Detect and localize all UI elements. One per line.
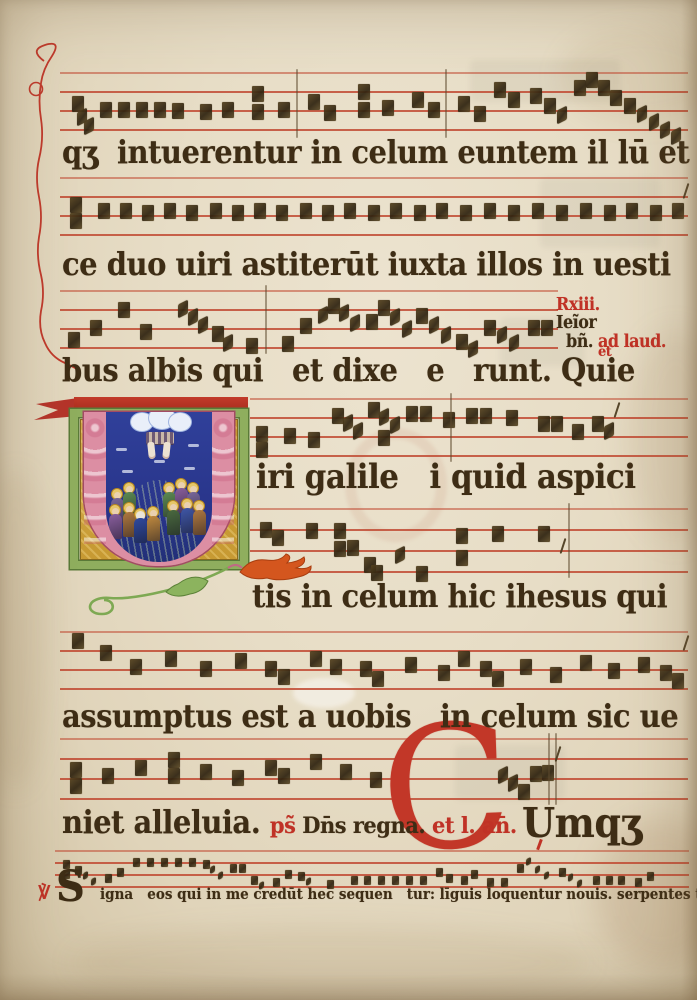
neume	[310, 651, 322, 667]
divider-bar	[445, 69, 447, 138]
neume	[300, 318, 312, 334]
ink-text: Ieĩor	[556, 312, 596, 333]
neume	[278, 102, 290, 118]
neume	[284, 428, 296, 444]
neume	[458, 96, 470, 112]
music-stave	[60, 631, 688, 690]
neume	[497, 326, 507, 345]
neume	[178, 300, 188, 319]
neume	[412, 92, 424, 108]
figure-robe	[167, 510, 180, 535]
neume	[276, 205, 288, 221]
neume	[230, 864, 237, 873]
neume	[232, 770, 244, 786]
christ-foot	[147, 442, 156, 460]
neume	[210, 203, 222, 219]
figure-robe	[193, 510, 206, 535]
neume	[358, 84, 370, 100]
ink-text: ce duo uiri astiterūt iuxta illos in ues…	[62, 246, 671, 283]
neume	[382, 100, 394, 116]
neume	[378, 300, 390, 316]
custos-tick	[614, 402, 621, 418]
neume	[420, 406, 432, 422]
apostle-figure	[146, 506, 161, 544]
neume	[310, 754, 322, 770]
neume	[395, 546, 405, 565]
music-stave	[60, 177, 688, 236]
neume	[436, 203, 448, 219]
neume	[556, 205, 568, 221]
stave-line	[60, 177, 688, 179]
divider-bar	[568, 503, 570, 578]
apostle-figure	[192, 500, 207, 538]
neume	[344, 203, 356, 219]
neume	[360, 661, 372, 677]
neume	[506, 410, 518, 426]
neume	[235, 653, 247, 669]
neume	[428, 102, 440, 118]
ink-text: iri galile i quid aspici	[256, 458, 636, 497]
neume	[402, 320, 412, 339]
neume	[189, 858, 196, 867]
neume	[318, 306, 328, 325]
neume	[390, 416, 400, 435]
signa-initial: S	[56, 861, 84, 912]
neume	[218, 871, 223, 880]
neume	[559, 868, 566, 877]
neume	[324, 105, 336, 121]
page-edge-shadow	[0, 974, 697, 1000]
music-stave	[60, 738, 688, 800]
neume	[200, 764, 212, 780]
neume	[456, 334, 468, 350]
neume	[260, 522, 272, 538]
neume	[285, 870, 292, 879]
neume	[133, 858, 140, 867]
chant-line-5: tis in celum hic ihesus qui	[252, 578, 667, 615]
neume	[574, 80, 586, 96]
ink-text: qʒ intuerentur in celum euntem il lū et	[62, 134, 689, 171]
neume	[200, 661, 212, 677]
neume	[353, 422, 363, 441]
neume	[278, 768, 290, 784]
neume	[458, 651, 470, 667]
neume	[147, 858, 154, 867]
neume	[484, 203, 496, 219]
neume	[638, 657, 650, 673]
neume	[136, 102, 148, 118]
neume	[343, 414, 353, 433]
divider-bar	[450, 393, 452, 462]
neume	[610, 90, 622, 106]
neume	[441, 326, 451, 345]
neume	[443, 412, 455, 428]
cloud-dash	[188, 444, 199, 447]
neume	[438, 665, 450, 681]
neume	[135, 760, 147, 776]
neume	[538, 416, 550, 432]
neume	[456, 528, 468, 544]
neume	[557, 106, 567, 125]
neume	[164, 203, 176, 219]
chant-line-6: assumptus est a uobis in celum sic ue	[62, 698, 678, 735]
neume	[604, 422, 614, 441]
neume	[460, 205, 472, 221]
cloud-dash	[122, 470, 133, 473]
neume	[368, 205, 380, 221]
neume	[70, 762, 82, 778]
ink-text: Umqʒ	[522, 798, 642, 847]
neume	[198, 316, 208, 335]
cloud-dash	[116, 448, 127, 451]
divider-bar	[555, 733, 557, 805]
neume	[358, 102, 370, 118]
margin-note-2: Ieĩor	[556, 312, 596, 333]
neume	[120, 203, 132, 219]
neume	[541, 320, 553, 336]
neume	[175, 858, 182, 867]
neume	[161, 858, 168, 867]
neume	[105, 874, 112, 883]
neume	[550, 667, 562, 683]
neume	[306, 523, 318, 539]
neume	[272, 530, 284, 546]
neume	[494, 82, 506, 98]
neume	[598, 80, 610, 96]
neume	[322, 205, 334, 221]
neume	[265, 760, 277, 776]
neume	[102, 768, 114, 784]
neume	[586, 72, 598, 88]
music-stave	[60, 72, 688, 131]
stave-line	[60, 347, 558, 349]
neume	[528, 320, 540, 336]
neume	[340, 764, 352, 780]
neume	[480, 661, 492, 677]
neume	[210, 865, 215, 874]
cloud-dash	[154, 460, 165, 463]
neume	[200, 104, 212, 120]
neume	[232, 205, 244, 221]
neume	[406, 406, 418, 422]
rubric-text: et l. an̄.	[425, 812, 516, 839]
figure-robe	[147, 516, 160, 541]
neume	[282, 336, 294, 352]
figure-robe	[109, 514, 122, 539]
chant-line-1: qʒ intuerentur in celum euntem il lū et	[62, 134, 689, 171]
neume	[624, 98, 636, 114]
stave-line	[250, 398, 688, 400]
neume	[520, 659, 532, 675]
divider-bar	[265, 285, 267, 354]
neume	[580, 655, 592, 671]
neume	[72, 633, 84, 649]
neume	[378, 430, 390, 446]
stave-line	[60, 309, 558, 311]
divider-bar	[548, 733, 550, 805]
manuscript-page: C qʒ intuerentur in celum euntem il lū e…	[0, 0, 697, 1000]
neume	[168, 752, 180, 768]
neume	[168, 768, 180, 784]
neume	[480, 408, 492, 424]
neume	[203, 860, 210, 869]
neume	[429, 316, 439, 335]
neume	[660, 665, 672, 681]
ink-text: Dn̄s regna.	[302, 812, 425, 839]
neume	[256, 426, 268, 442]
neume	[526, 857, 531, 866]
neume	[572, 424, 584, 440]
neume	[379, 408, 389, 427]
neume	[466, 408, 478, 424]
neume	[256, 442, 268, 458]
stave-line	[60, 650, 688, 652]
neume	[593, 876, 600, 885]
neume	[530, 766, 542, 782]
neume	[300, 203, 312, 219]
neume	[568, 873, 573, 882]
chant-line-3: bus albis qui et dixe e runt. Quie	[62, 352, 635, 389]
chant-line-7: niet alleluia. ps̃ Dn̄s regna. et l. an̄…	[62, 804, 517, 841]
neume	[544, 871, 549, 880]
chant-line-2: ce duo uiri astiterūt iuxta illos in ues…	[62, 246, 671, 283]
neume	[142, 205, 154, 221]
neume	[535, 865, 540, 874]
neume	[265, 661, 277, 677]
neume	[364, 876, 371, 885]
divider-bar	[296, 69, 298, 138]
ink-text: S	[56, 861, 84, 912]
neume	[70, 778, 82, 794]
neume	[165, 651, 177, 667]
neume	[492, 526, 504, 542]
chant-line-4: iri galile i quid aspici	[256, 458, 636, 497]
ink-text: tis in celum hic ihesus qui	[252, 578, 667, 615]
neume	[508, 205, 520, 221]
stave-line	[60, 688, 688, 690]
apostle-figure	[166, 500, 181, 538]
neume	[308, 432, 320, 448]
neume	[222, 102, 234, 118]
rubric-text: ad laud.	[593, 331, 666, 352]
neume	[538, 526, 550, 542]
neume	[580, 203, 592, 219]
neume	[372, 671, 384, 687]
stave-line	[250, 508, 688, 510]
stave-line	[60, 91, 688, 93]
rubric-text: ℣	[38, 883, 50, 905]
neume	[484, 320, 496, 336]
stave-line	[60, 290, 558, 292]
music-stave	[60, 290, 558, 349]
christ-foot	[162, 442, 171, 460]
neume	[551, 416, 563, 432]
stave-line	[60, 234, 688, 236]
neume	[339, 304, 349, 323]
neume	[154, 102, 166, 118]
neume	[306, 877, 311, 886]
neume	[530, 88, 542, 104]
neume	[223, 334, 233, 353]
neume	[608, 663, 620, 679]
parchment-stain	[0, 470, 50, 790]
neume	[91, 877, 96, 886]
neume	[254, 203, 266, 219]
cloud	[168, 412, 192, 432]
neume	[492, 671, 504, 687]
neume	[100, 645, 112, 661]
page-edge-shadow	[681, 0, 697, 1000]
cloud-dash	[184, 467, 195, 470]
neume	[637, 105, 647, 124]
apostle-figure	[108, 504, 123, 542]
stave-line	[250, 455, 688, 457]
neume	[298, 872, 305, 881]
neume	[606, 876, 613, 885]
neume	[618, 876, 625, 885]
stave-line	[60, 196, 688, 198]
neume	[647, 872, 654, 881]
stave-line	[60, 738, 688, 740]
ink-text: bñ.	[566, 331, 593, 352]
neume	[544, 98, 556, 114]
ascension-miniature	[106, 412, 212, 562]
margin-note-3: bñ. ad laud.	[566, 331, 666, 352]
stave-line	[60, 758, 688, 760]
neume	[140, 324, 152, 340]
neume	[405, 657, 417, 673]
neume	[186, 205, 198, 221]
neume	[117, 868, 124, 877]
neume	[517, 864, 524, 873]
neume	[252, 104, 264, 120]
rubric-text: ps̃	[270, 812, 302, 839]
neume	[252, 86, 264, 102]
neume	[456, 550, 468, 566]
neume	[308, 94, 320, 110]
neume	[130, 659, 142, 675]
neume	[239, 864, 246, 873]
neume	[251, 876, 258, 885]
versicle-mark: ℣	[38, 883, 50, 905]
ink-text: assumptus est a uobis in celum sic ue	[62, 698, 678, 735]
stave-line	[60, 631, 688, 633]
neume	[390, 308, 400, 327]
neume	[172, 103, 184, 119]
stave-line	[60, 129, 688, 131]
neume	[650, 205, 662, 221]
neume	[390, 203, 402, 219]
neume	[626, 203, 638, 219]
neume	[416, 308, 428, 324]
ink-text: bus albis qui et dixe e runt. Quie	[62, 352, 635, 389]
neume	[604, 205, 616, 221]
neume	[366, 314, 378, 330]
neume	[532, 203, 544, 219]
ink-text: igna eos qui in me credūt hec sequen tur…	[100, 886, 697, 903]
neume	[508, 92, 520, 108]
cumque-rest: Umqʒ	[522, 798, 642, 847]
neume	[278, 669, 290, 685]
verse-line: igna eos qui in me credūt hec sequen tur…	[100, 886, 697, 903]
music-stave	[250, 398, 688, 457]
neume	[350, 314, 360, 333]
neume	[351, 876, 358, 885]
neume	[334, 523, 346, 539]
neume	[474, 106, 486, 122]
ink-text: niet alleluia.	[62, 804, 270, 841]
neume	[188, 308, 198, 327]
music-stave	[55, 850, 689, 888]
stave-line	[55, 850, 689, 852]
neume	[414, 205, 426, 221]
neume	[330, 659, 342, 675]
neume	[592, 416, 604, 432]
